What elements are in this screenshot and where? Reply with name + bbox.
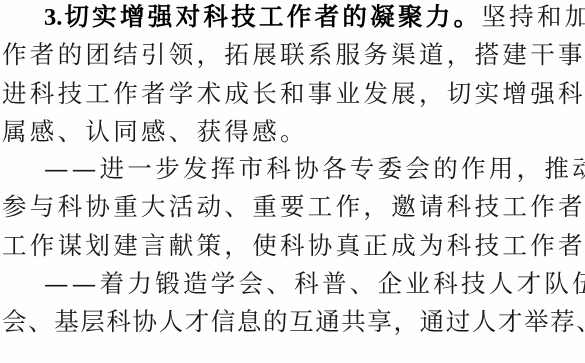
bullet-line: 会、基层科协人才信息的互通共享，通过人才举荐、学术交流、 (2, 307, 585, 337)
bullet-line: ——着力锻造学会、科普、企业科技人才队伍，加强与学 (44, 269, 585, 299)
document-page: 3.切实增强对科技工作者的凝聚力。坚持和加强对科技工 作者的团结引领，拓展联系服… (0, 0, 585, 363)
section-number: 3. (44, 4, 62, 31)
bullet-line: 工作谋划建言献策，使科协真正成为科技工作者参与的平台。 (2, 231, 585, 261)
section-heading: 切实增强对科技工作者的凝聚力。 (64, 2, 481, 31)
section-heading-line: 3.切实增强对科技工作者的凝聚力。坚持和加强对科技工 (44, 2, 585, 33)
paragraph-line: 作者的团结引领，拓展联系服务渠道，搭建干事创业舞台，促 (2, 40, 585, 70)
paragraph-line: 属感、认同感、获得感。 (2, 117, 308, 147)
bullet-line: ——进一步发挥市科协各专委会的作用，推动常委、委员 (44, 154, 585, 184)
bullet-line: 参与科协重大活动、重要工作，邀请科技工作者为科协发展和 (2, 192, 585, 222)
paragraph-text: 坚持和加强对科技工 (481, 2, 585, 31)
paragraph-line: 进科技工作者学术成长和事业发展，切实增强科技工作者的归 (2, 79, 585, 109)
